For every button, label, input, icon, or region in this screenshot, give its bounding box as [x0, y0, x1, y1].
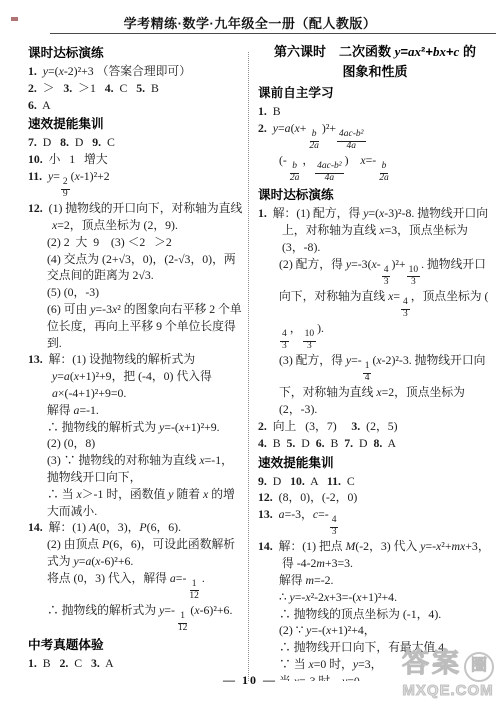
math-expression: y — [168, 487, 173, 501]
watermark-logo-icon: 圈 — [464, 652, 494, 682]
math-expression: M — [346, 539, 356, 553]
math-expression: y — [363, 206, 368, 220]
answer-line: 4. B 5. D 6. B 7. D 8. A — [258, 435, 492, 452]
answer-line: 1. 解：(1) 配方，得 y=(x-3)²-8. 抛物线开口向上，对称轴为直线… — [258, 205, 492, 255]
answer-line: 6. A — [28, 97, 244, 114]
math-expression: a — [285, 121, 291, 135]
math-expression: a — [170, 571, 176, 585]
fraction: 43 — [401, 298, 410, 320]
math-expression: y — [74, 554, 79, 568]
answer-line: 12. (1) 抛物线的开口向下，对称轴为直线 x=2，顶点坐标为 (2，9). — [28, 200, 244, 234]
math-expression: b2a — [287, 153, 303, 167]
answer-line: (2) (0，8) — [28, 435, 244, 452]
math-expression: y — [395, 44, 401, 59]
section-heading: 速效提能集训 — [258, 453, 492, 473]
answer-number: 2. — [258, 121, 267, 135]
math-expression: x — [203, 487, 208, 501]
math-expression: y — [43, 64, 48, 78]
math-expression: 4ac-b²4a — [314, 153, 344, 167]
math-expression: x — [436, 539, 441, 553]
answer-number: 10. — [290, 474, 305, 488]
answer-number: 8. — [373, 436, 382, 450]
answer-line: (4) 交点为 (2+√3，0)，(2-√3，0)，两交点间的距离为 2√3. — [28, 251, 244, 285]
answer-line: 2. y=a(x+b2a)²+4ac-b²4a — [258, 120, 492, 152]
math-expression: y — [159, 420, 164, 434]
answer-number: 12. — [28, 201, 43, 215]
fraction: 43 — [330, 516, 339, 538]
section-heading: 课时达标演练 — [28, 43, 244, 63]
math-expression: x — [372, 257, 377, 271]
answer-line: 10. 小 1 增大 — [28, 151, 244, 168]
answer-line: (2) 配方，得 y=-3(x-43)²+103. 抛物线开口向下，对称轴为直线… — [258, 256, 492, 353]
math-expression: b2a — [376, 153, 392, 167]
answer-number: 6. — [28, 98, 37, 112]
math-expression: a — [74, 403, 80, 417]
answer-line: 12. (8，0)，(-2，0) — [258, 489, 492, 506]
answer-number: 1. — [258, 206, 267, 220]
answer-columns: 课时达标演练1. y=(x-2)²+3 （答案合理即可）2. ＞ 3. ＞1 4… — [28, 42, 492, 681]
answer-number: 5. — [287, 436, 296, 450]
fraction: 112 — [176, 612, 190, 634]
fraction: 43 — [382, 266, 391, 288]
math-expression: a — [85, 554, 91, 568]
answer-line: ∴ y=-x²-2x+3=-(x+1)²+4. — [258, 589, 492, 606]
answer-number: 5. — [136, 81, 145, 95]
math-expression: x — [295, 121, 300, 135]
right-column: 第六课时 二次函数 y=ax²+bx+c 的图象和性质课前自主学习1. B2. … — [253, 42, 492, 681]
answer-line: ∴ 抛物线的解析式为 y=-(x+1)²+9. — [28, 419, 244, 436]
answer-line: 2. ＞ 3. ＞1 4. C 5. B — [28, 80, 244, 97]
answer-line: 解得 a=-1. — [28, 402, 244, 419]
math-expression: a — [279, 507, 285, 521]
section-heading: 课前自主学习 — [258, 83, 492, 103]
math-expression: x — [95, 554, 100, 568]
answer-number: 8. — [60, 135, 69, 149]
answer-number: 13. — [28, 352, 43, 366]
math-expression: x — [379, 223, 384, 237]
fraction: b2a — [307, 130, 321, 152]
math-expression: y — [306, 623, 311, 637]
math-expression: x — [326, 623, 331, 637]
answer-line: (2) 由顶点 P(6，6)，可设此函数解析式为 y=a(x-6)²+6. — [28, 536, 244, 570]
math-expression: x — [376, 353, 381, 367]
answer-number: 1. — [28, 656, 37, 670]
math-expression: x — [194, 603, 199, 617]
math-expression: m — [306, 573, 315, 587]
answer-number: 1. — [258, 104, 267, 118]
book-title: 学考精练·数学·九年级全一册（配人教版） — [0, 13, 500, 32]
answer-number: 2. — [28, 81, 37, 95]
math-expression: y — [52, 369, 57, 383]
math-expression: y — [273, 121, 278, 135]
answer-line: 解得 m=-2. — [258, 572, 492, 589]
left-column: 课时达标演练1. y=(x-2)²+3 （答案合理即可）2. ＞ 3. ＞1 4… — [28, 42, 244, 681]
answer-line: 14. 解：(1) 把点 M(-2，3) 代入 y=-x²+mx+3，得 -4-… — [258, 538, 492, 572]
answer-number: 12. — [258, 490, 273, 504]
answer-number: 2. — [258, 419, 267, 433]
math-expression: 4ac-b²4a — [336, 121, 366, 135]
fraction: 103 — [407, 266, 421, 288]
answer-number: 11. — [28, 169, 42, 183]
answer-line: ∴ 抛物线的顶点坐标为 (-1，4). — [258, 606, 492, 623]
section-heading: 课时达标演练 — [258, 185, 492, 205]
math-expression: y — [353, 657, 358, 671]
answer-number: 9. — [92, 135, 101, 149]
math-expression: x — [59, 64, 64, 78]
math-expression: x — [52, 218, 57, 232]
fraction: 4ac-b²4a — [315, 162, 343, 184]
math-expression: ax — [408, 44, 421, 59]
answer-number: 3. — [63, 81, 72, 95]
watermark-brand-text: 答案 — [402, 648, 462, 678]
fraction: 4ac-b²4a — [337, 130, 365, 152]
answer-line: 11. y=29(x-1)²+2 — [28, 168, 244, 200]
answer-number: 4. — [258, 436, 267, 450]
fraction: 112 — [187, 580, 201, 602]
math-expression: A — [89, 520, 96, 534]
math-expression: x — [77, 487, 82, 501]
math-expression: x — [309, 657, 314, 671]
answer-line: ∴ 抛物线的解析式为 y=-112(x-6)²+6. — [28, 602, 244, 634]
math-expression: y — [289, 590, 294, 604]
answer-line: 将点 (0，3) 代入，解得 a=-112. — [28, 570, 244, 602]
answer-line: 9. D 10. A 11. C — [258, 473, 492, 490]
answer-line: ∴ 当 x＞-1 时，函数值 y 随着 x 的增大而减小. — [28, 486, 244, 520]
fraction: 29 — [61, 178, 70, 200]
header-divider — [50, 33, 496, 34]
section-heading: 中考真题体验 — [28, 635, 244, 655]
answer-number: 7. — [344, 436, 353, 450]
answer-line: (3) 配方，得 y=-14(x-2)²-3. 抛物线开口向下，对称轴为直线 x… — [258, 352, 492, 418]
answer-line: (2) ∵ y=-(x+1)²+4， — [258, 622, 492, 639]
math-expression: y — [346, 257, 351, 271]
math-expression: bx — [433, 44, 446, 59]
math-expression: y — [90, 302, 95, 316]
column-divider — [248, 52, 249, 681]
fraction: 14 — [363, 362, 372, 384]
math-expression: x — [199, 453, 204, 467]
fraction: 43 — [280, 330, 289, 352]
answer-number: 9. — [258, 474, 267, 488]
math-expression: x — [360, 153, 365, 167]
fraction: 103 — [303, 330, 317, 352]
answer-number: 7. — [28, 135, 37, 149]
math-expression: y — [48, 169, 53, 183]
answer-line: 13. 解：(1) 设抛物线的解析式为 y=a(x+1)²+9，把 (-4，0)… — [28, 351, 244, 401]
answer-line: 1. B 2. C 3. A — [28, 655, 244, 672]
fraction: b2a — [377, 162, 391, 184]
answer-number: 1. — [28, 64, 37, 78]
answer-line: (5) (0，-3) — [28, 284, 244, 301]
math-expression: m — [316, 556, 325, 570]
math-expression: c — [454, 44, 460, 59]
math-expression: a — [52, 386, 58, 400]
answer-line: 7. D 8. D 9. C — [28, 134, 244, 151]
math-expression: y — [346, 353, 351, 367]
math-expression: P — [102, 537, 109, 551]
math-expression: x — [74, 369, 79, 383]
workbook-answer-page: 学考精练·数学·九年级全一册（配人教版） 课时达标演练1. y=(x-2)²+3… — [0, 0, 500, 705]
answer-line: (2) 2 大 9 (3) ＜2 ＞2 — [28, 234, 244, 251]
watermark-brand: 答案圈 — [402, 650, 494, 682]
math-expression: a — [64, 369, 70, 383]
answer-line: 13. a=-3，c=-43 — [258, 506, 492, 538]
math-expression: x — [112, 302, 117, 316]
watermark-site: MXQE.COM — [402, 682, 494, 699]
answer-number: 14. — [258, 539, 273, 553]
math-expression: x — [324, 590, 329, 604]
math-expression: x — [376, 385, 381, 399]
answer-number: 3. — [91, 656, 100, 670]
answer-line: (6) 可由 y=-3x² 的图象向右平移 2 个单位长度，再向上平移 9 个单… — [28, 301, 244, 351]
math-expression: y — [420, 539, 425, 553]
answer-line: 2. 向上 (3，7) 3. (2，5) — [258, 418, 492, 435]
answer-line: 1. B — [258, 103, 492, 120]
watermark: 答案圈 MXQE.COM — [402, 650, 494, 699]
section-heading: 速效提能集训 — [28, 114, 244, 134]
answer-number: 6. — [316, 436, 325, 450]
math-expression: x — [388, 289, 393, 303]
answer-line: (-b2a，4ac-b²4a) x=-b2a — [258, 152, 492, 184]
math-expression: b2a — [306, 121, 322, 135]
answer-line: 1. y=(x-2)²+3 （答案合理即可） — [28, 63, 244, 80]
lesson-title: 图象和性质 — [258, 62, 492, 82]
math-expression: x — [379, 206, 384, 220]
math-expression: x — [356, 590, 361, 604]
answer-number: 13. — [258, 507, 273, 521]
math-expression: c — [313, 507, 318, 521]
answer-line: 14. 解：(1) A(0，3)，P(6，6). — [28, 519, 244, 536]
math-expression: mx — [452, 539, 466, 553]
fraction: b2a — [288, 162, 302, 184]
answer-number: 10. — [28, 152, 43, 166]
answer-line: (3) ∵ 抛物线的对称轴为直线 x=-1，抛物线开口向下， — [28, 452, 244, 486]
math-expression: x — [75, 169, 80, 183]
math-expression: P — [139, 520, 146, 534]
math-expression: x — [179, 420, 184, 434]
answer-number: 11. — [327, 474, 341, 488]
math-expression: x — [305, 590, 310, 604]
math-expression: y — [159, 603, 164, 617]
answer-number: 2. — [59, 656, 68, 670]
answer-number: 4. — [105, 81, 114, 95]
lesson-title: 第六课时 二次函数 y=ax²+bx+c 的 — [258, 42, 492, 62]
answer-number: 14. — [28, 520, 43, 534]
answer-number: 3. — [351, 419, 360, 433]
